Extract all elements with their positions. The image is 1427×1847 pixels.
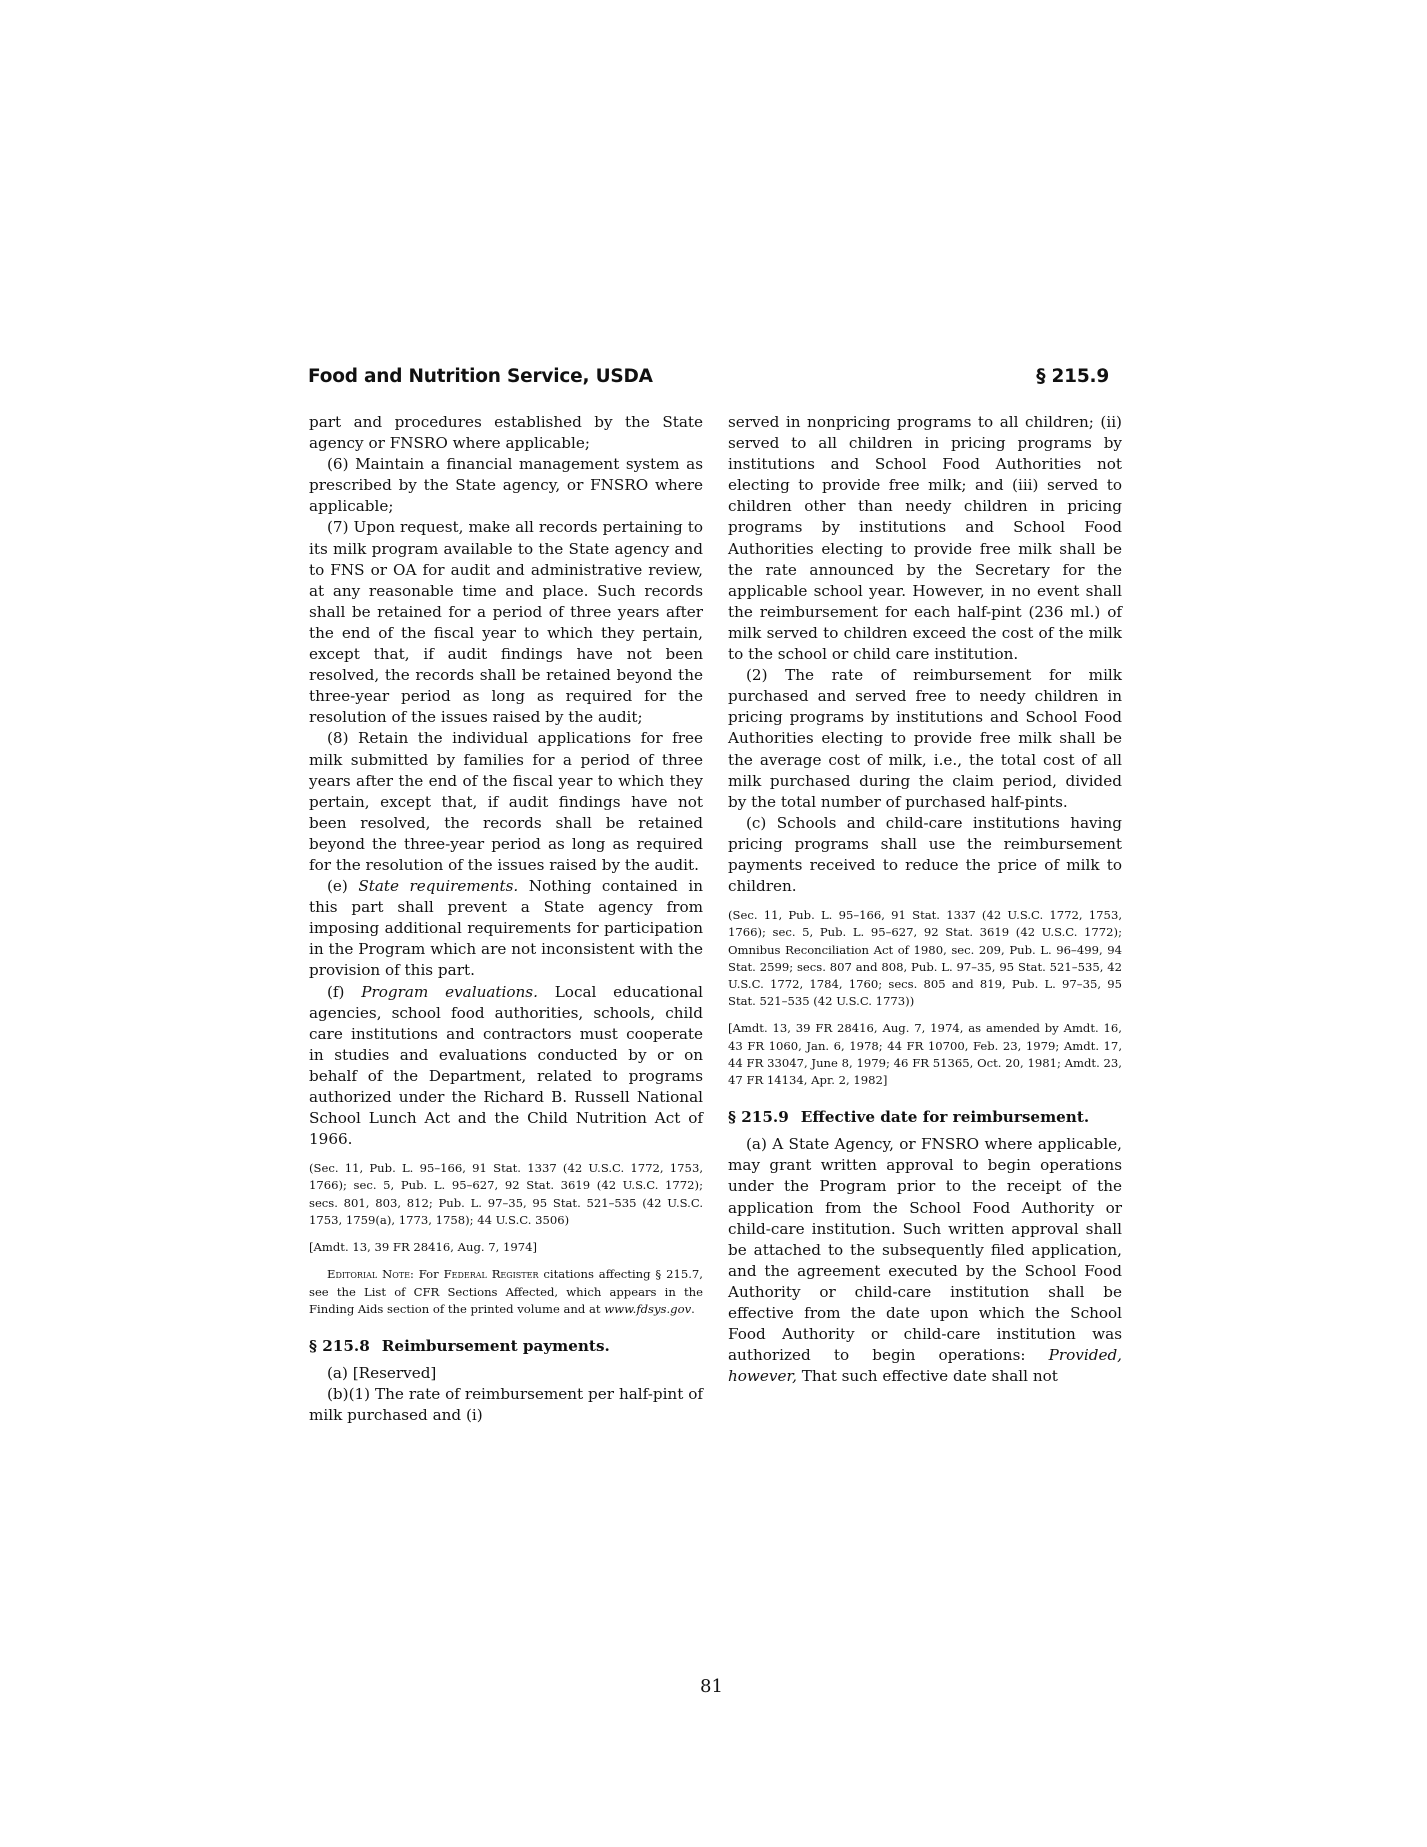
section-title: Reimbursement payments. bbox=[382, 1337, 610, 1355]
authority-citation: (Sec. 11, Pub. L. 95–166, 91 Stat. 1337 … bbox=[728, 907, 1122, 1010]
paragraph-heading: State requirements. bbox=[358, 877, 518, 895]
authority-citation: (Sec. 11, Pub. L. 95–166, 91 Stat. 1337 … bbox=[309, 1160, 703, 1229]
paragraph-heading: Program evaluations. bbox=[361, 983, 538, 1001]
paragraph-7: (7) Upon request, make all records perta… bbox=[309, 517, 703, 728]
federal-register-text: Federal Register bbox=[444, 1267, 539, 1281]
section-title: Effective date for reimbursement. bbox=[801, 1108, 1089, 1126]
amendment-source: [Amdt. 13, 39 FR 28416, Aug. 7, 1974, as… bbox=[728, 1020, 1122, 1089]
paragraph-8: (8) Retain the individual applications f… bbox=[309, 728, 703, 876]
running-head-agency: Food and Nutrition Service, USDA bbox=[308, 366, 653, 387]
editorial-note: Editorial Note: For Federal Register cit… bbox=[309, 1266, 703, 1318]
paragraph-6: (6) Maintain a financial management syst… bbox=[309, 454, 703, 517]
paragraph-body: Local educational agencies, school food … bbox=[309, 983, 703, 1149]
right-column: served in nonpricing programs to all chi… bbox=[728, 412, 1122, 1387]
paragraph: served in nonpricing programs to all chi… bbox=[728, 412, 1122, 665]
paragraph-label: (e) bbox=[327, 877, 358, 895]
paragraph-c: (c) Schools and child-care institutions … bbox=[728, 813, 1122, 897]
paragraph-a-reserved: (a) [Reserved] bbox=[309, 1363, 703, 1384]
section-number: § 215.9 bbox=[728, 1108, 789, 1126]
section-heading-215-9: § 215.9Effective date for reimbursement. bbox=[728, 1107, 1122, 1128]
fdsys-link[interactable]: www.fdsys.gov bbox=[604, 1302, 691, 1316]
section-number: § 215.8 bbox=[309, 1337, 370, 1355]
paragraph-label: (f) bbox=[327, 983, 361, 1001]
paragraph-e-state-requirements: (e) State requirements. Nothing containe… bbox=[309, 876, 703, 981]
paragraph-f-program-evaluations: (f) Program evaluations. Local education… bbox=[309, 982, 703, 1151]
editorial-note-label: Editorial Note: bbox=[327, 1267, 414, 1281]
paragraph: part and procedures established by the S… bbox=[309, 412, 703, 454]
page-number: 81 bbox=[700, 1676, 723, 1697]
left-column: part and procedures established by the S… bbox=[309, 412, 703, 1426]
paragraph-a-effective-date: (a) A State Agency, or FNSRO where appli… bbox=[728, 1134, 1122, 1387]
amendment-source: [Amdt. 13, 39 FR 28416, Aug. 7, 1974] bbox=[309, 1239, 703, 1256]
paragraph-b2: (2) The rate of reimbursement for milk p… bbox=[728, 665, 1122, 813]
paragraph-b1: (b)(1) The rate of reimbursement per hal… bbox=[309, 1384, 703, 1426]
running-head-section: § 215.9 bbox=[1036, 366, 1109, 387]
paragraph-body: (a) A State Agency, or FNSRO where appli… bbox=[728, 1135, 1122, 1364]
section-heading-215-8: § 215.8Reimbursement payments. bbox=[309, 1336, 703, 1357]
document-page: Food and Nutrition Service, USDA § 215.9… bbox=[0, 0, 1427, 1847]
paragraph-body: That such effective date shall not bbox=[797, 1367, 1058, 1385]
editorial-text: For bbox=[414, 1267, 444, 1281]
editorial-text: . bbox=[691, 1302, 695, 1316]
